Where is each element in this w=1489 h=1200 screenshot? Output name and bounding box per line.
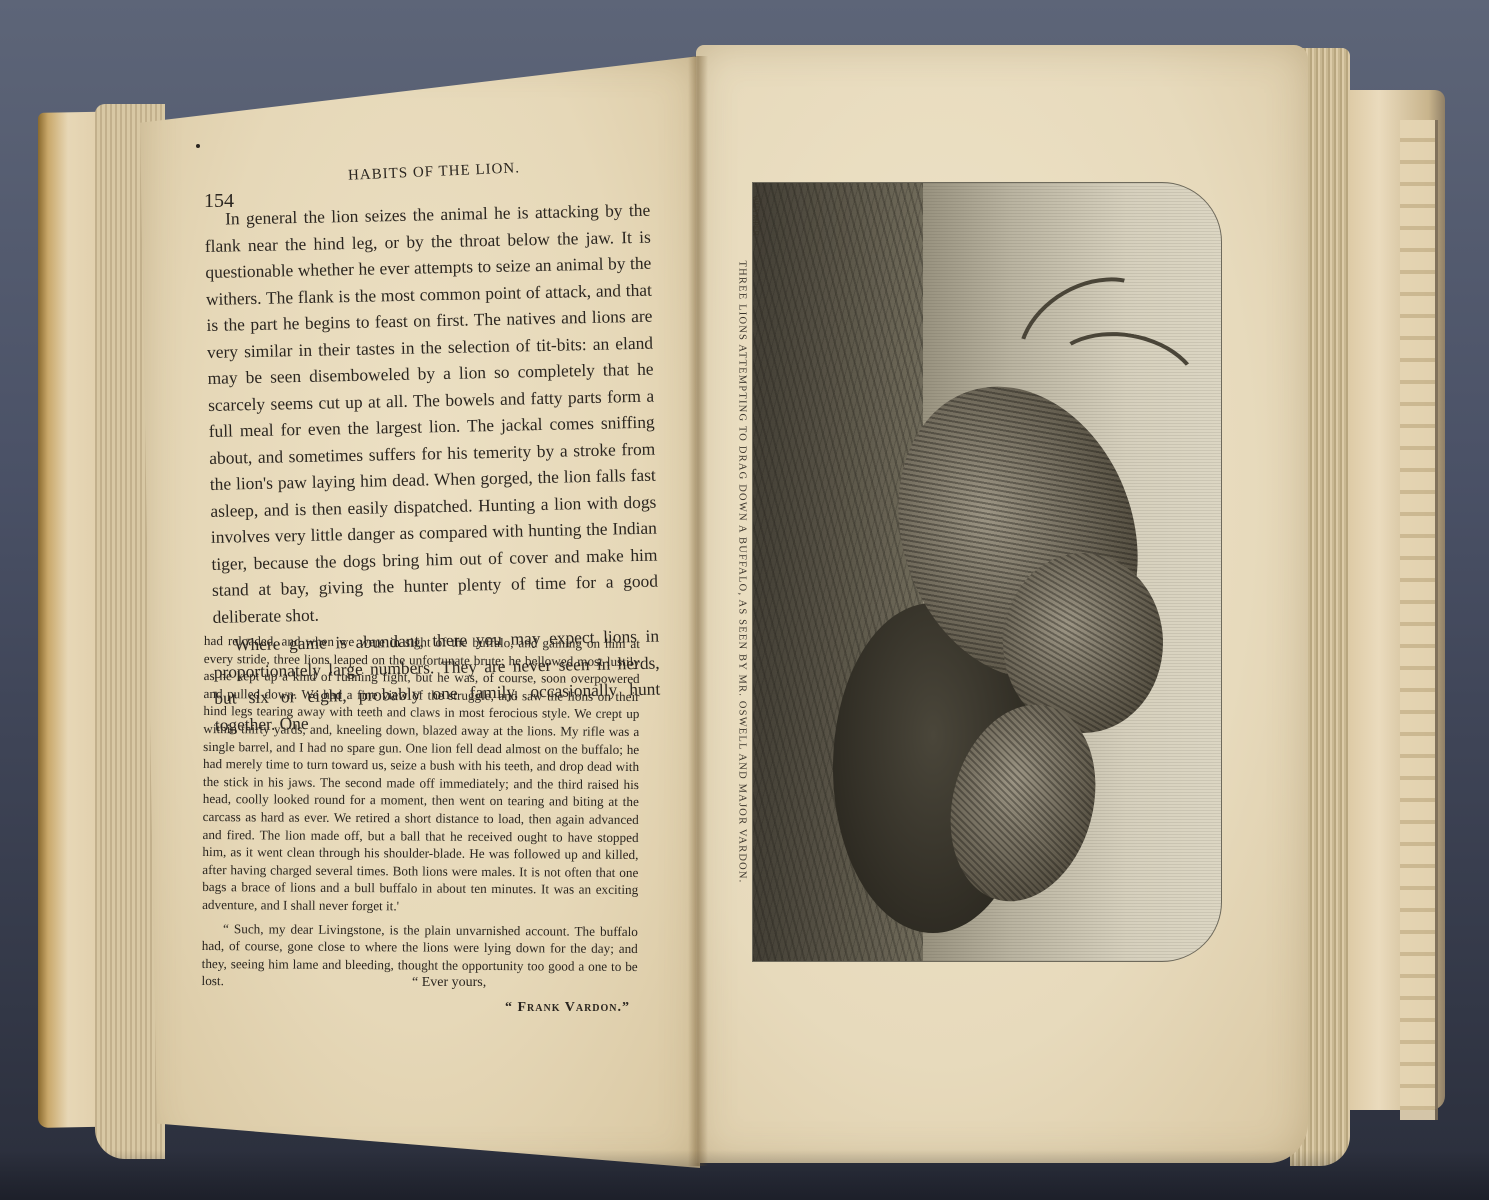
paragraph: In general the lion seizes the animal he… [204, 197, 659, 630]
extract-paragraph: had reloaded, and when we were in sight … [202, 632, 640, 917]
signature: “ Frank Vardon.” [505, 1000, 630, 1016]
letter-extract: had reloaded, and when we were in sight … [202, 632, 640, 993]
lion-engraving-illustration [752, 182, 1222, 962]
ink-spot [196, 144, 200, 148]
lion-tail [973, 925, 1113, 962]
page-edges-right [1400, 120, 1438, 1120]
engraver-signature: WHYMPER [751, 195, 760, 236]
table-shadow [0, 1150, 1489, 1200]
book-gutter [688, 56, 708, 1166]
valediction: “ Ever yours, [412, 975, 486, 991]
plate-caption: THREE LIONS ATTEMPTING TO DRAG DOWN A BU… [737, 261, 748, 884]
